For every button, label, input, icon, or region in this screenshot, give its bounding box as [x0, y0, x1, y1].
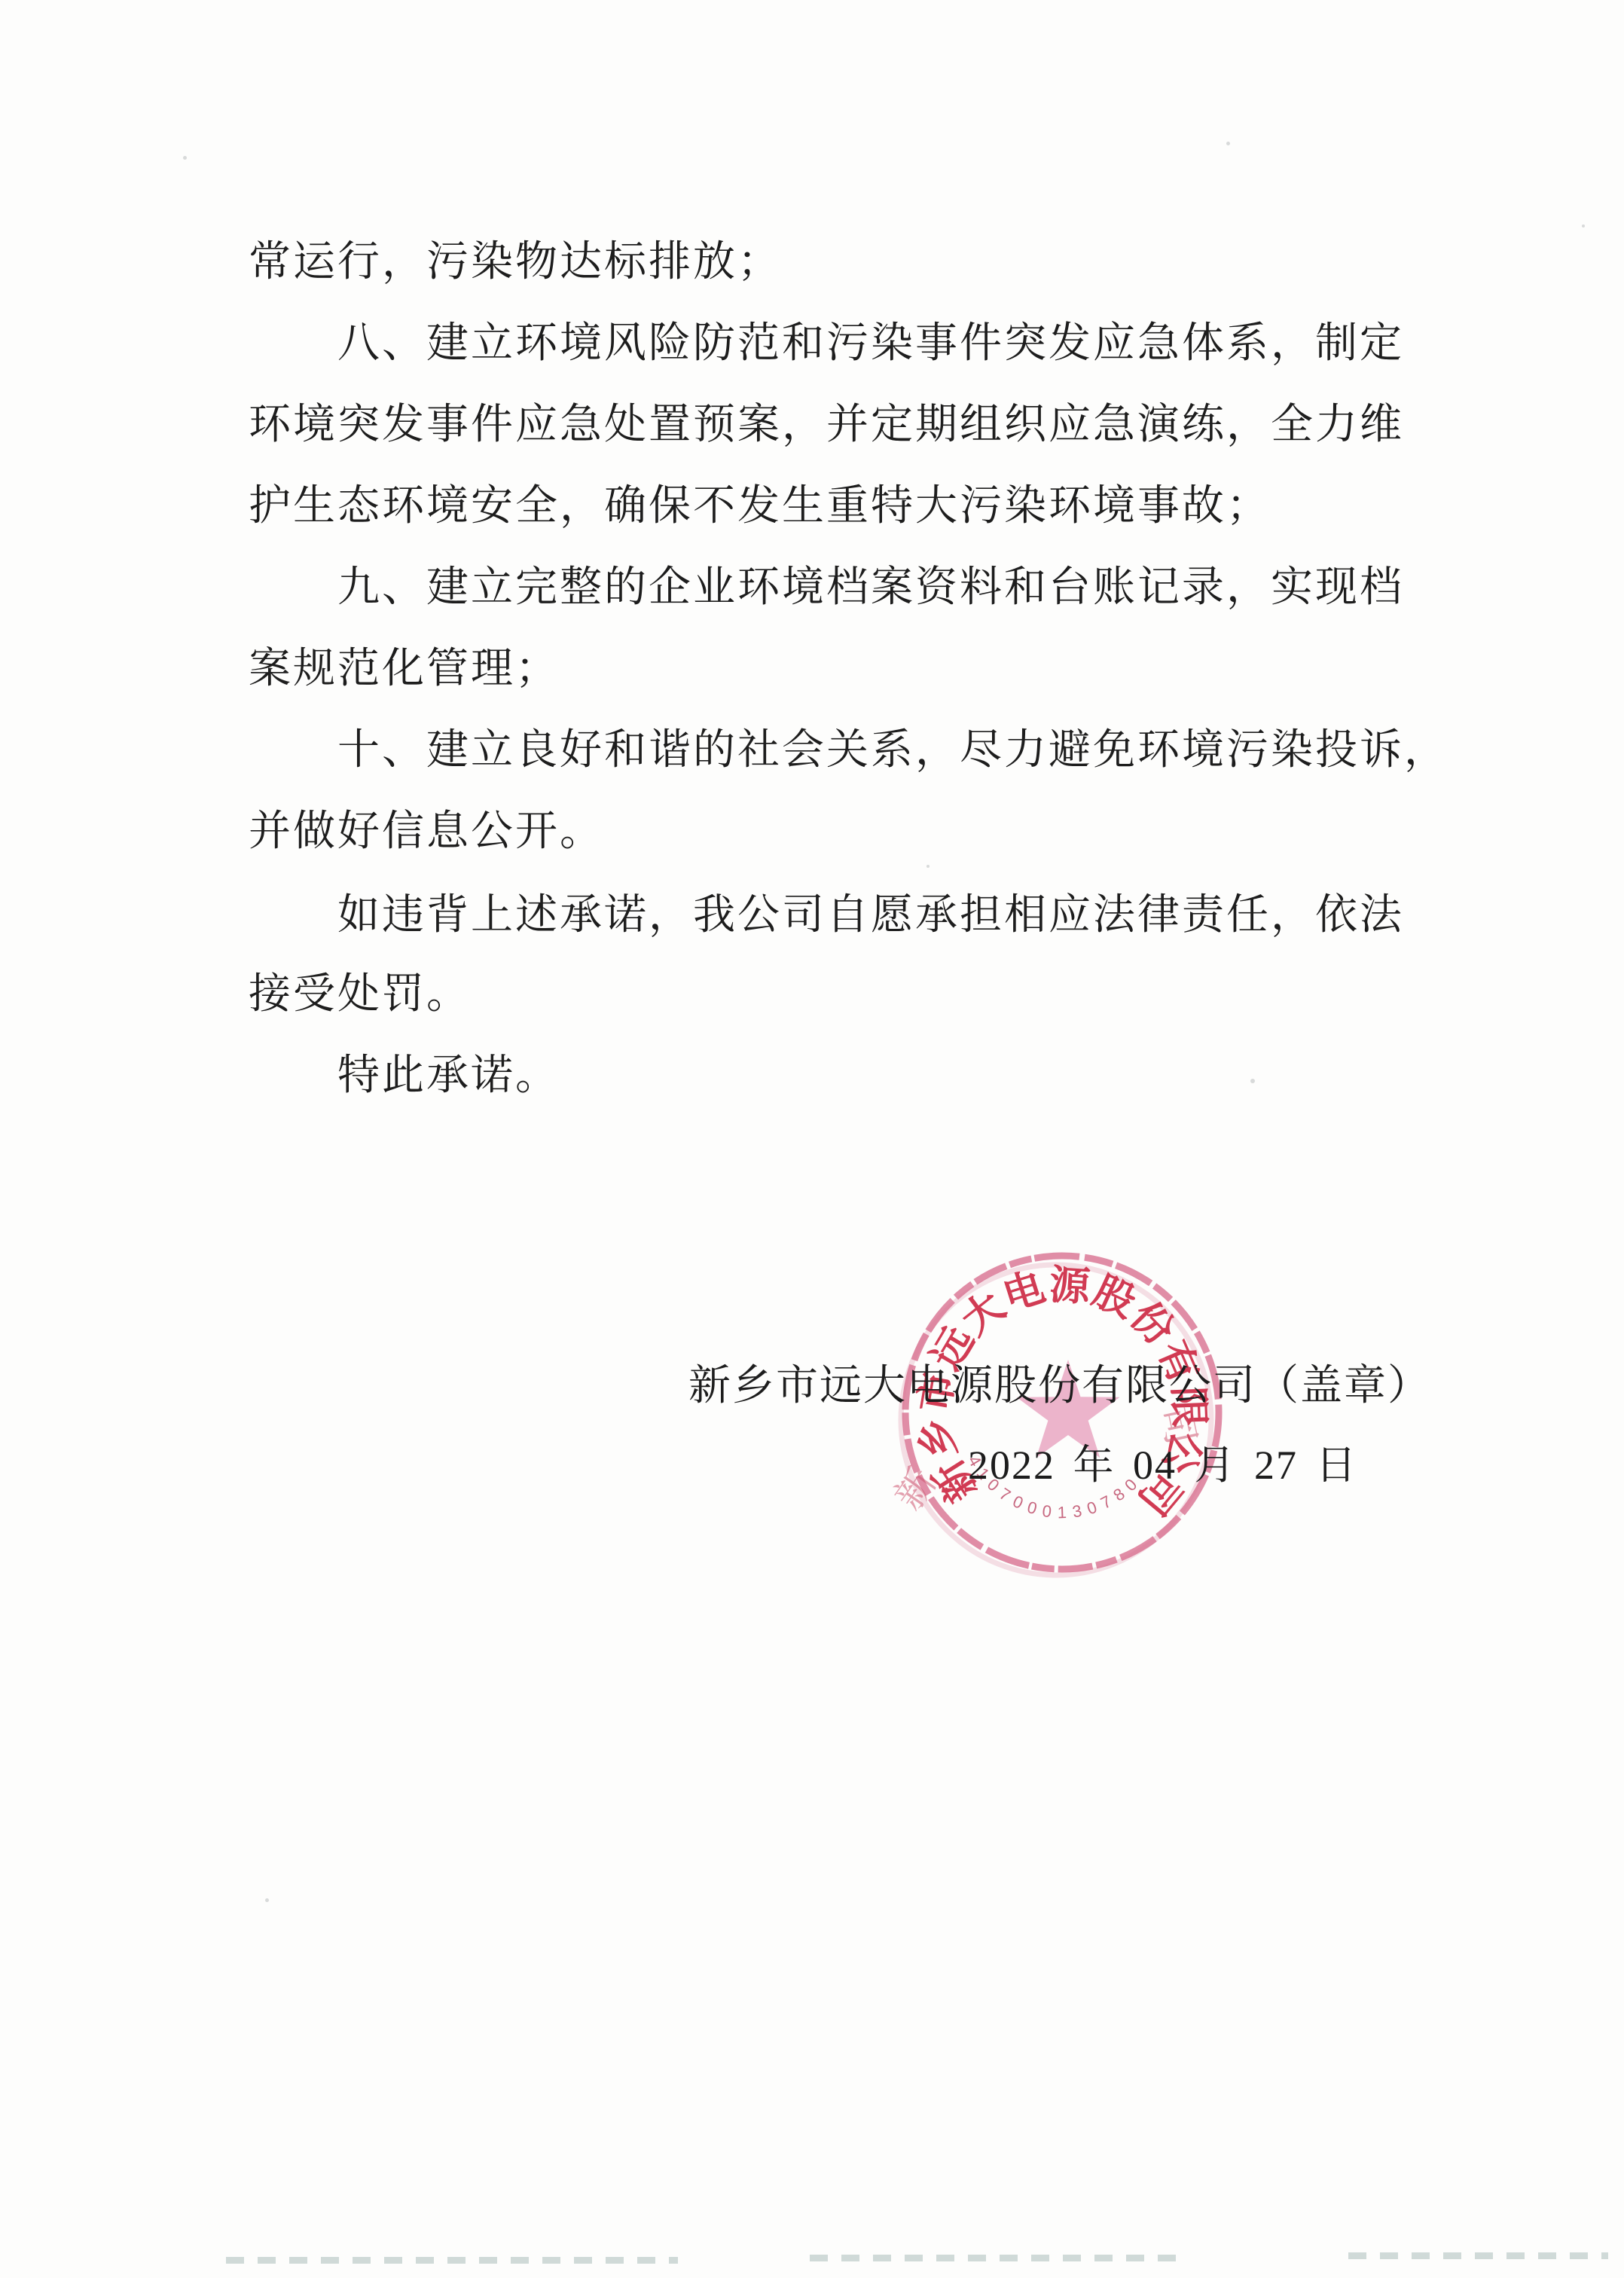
text-line-3: 环境突发事件应急处置预案，并定期组织应急演练，全力维: [249, 391, 1404, 451]
scan-artifact-strip: [810, 2255, 1186, 2261]
company-seal: 新乡市远大电源股份有限公司 4107000130780 新 司: [893, 1241, 1232, 1603]
text-line-2: 八、建立环境风险防范和污染事件突发应急体系，制定: [337, 310, 1404, 370]
scan-artifact-strip: [1348, 2252, 1608, 2259]
scan-speck: [183, 156, 187, 160]
text-line-10: 接受处罚。: [249, 960, 471, 1021]
signature-company-line: 新乡市远大电源股份有限公司（盖章）: [688, 1352, 1431, 1412]
signature-date-line: 2022 年 04 月 27 日: [968, 1433, 1358, 1491]
text-line-8: 并做好信息公开。: [249, 798, 604, 858]
scan-speck: [1250, 1079, 1255, 1083]
text-line-9: 如违背上述承诺，我公司自愿承担相应法律责任，依法: [337, 881, 1404, 942]
text-line-4: 护生态环境安全，确保不发生重特大污染环境事故；: [249, 472, 1271, 533]
text-line-11: 特此承诺。: [337, 1042, 560, 1102]
scan-speck: [265, 1898, 269, 1902]
scan-speck: [1582, 224, 1585, 227]
text-line-5: 九、建立完整的企业环境档案资料和台账记录，实现档: [337, 554, 1404, 614]
scanned-document-page: 常运行，污染物达标排放； 八、建立环境风险防范和污染事件突发应急体系，制定 环境…: [0, 0, 1624, 2278]
scan-artifact-strip: [226, 2257, 678, 2264]
text-line-7: 十、建立良好和谐的社会关系，尽力避免环境污染投诉，: [337, 716, 1448, 777]
text-line-1: 常运行，污染物达标排放；: [249, 228, 782, 289]
scan-speck: [926, 865, 930, 868]
scan-speck: [1226, 142, 1230, 145]
text-line-6: 案规范化管理；: [249, 635, 560, 695]
